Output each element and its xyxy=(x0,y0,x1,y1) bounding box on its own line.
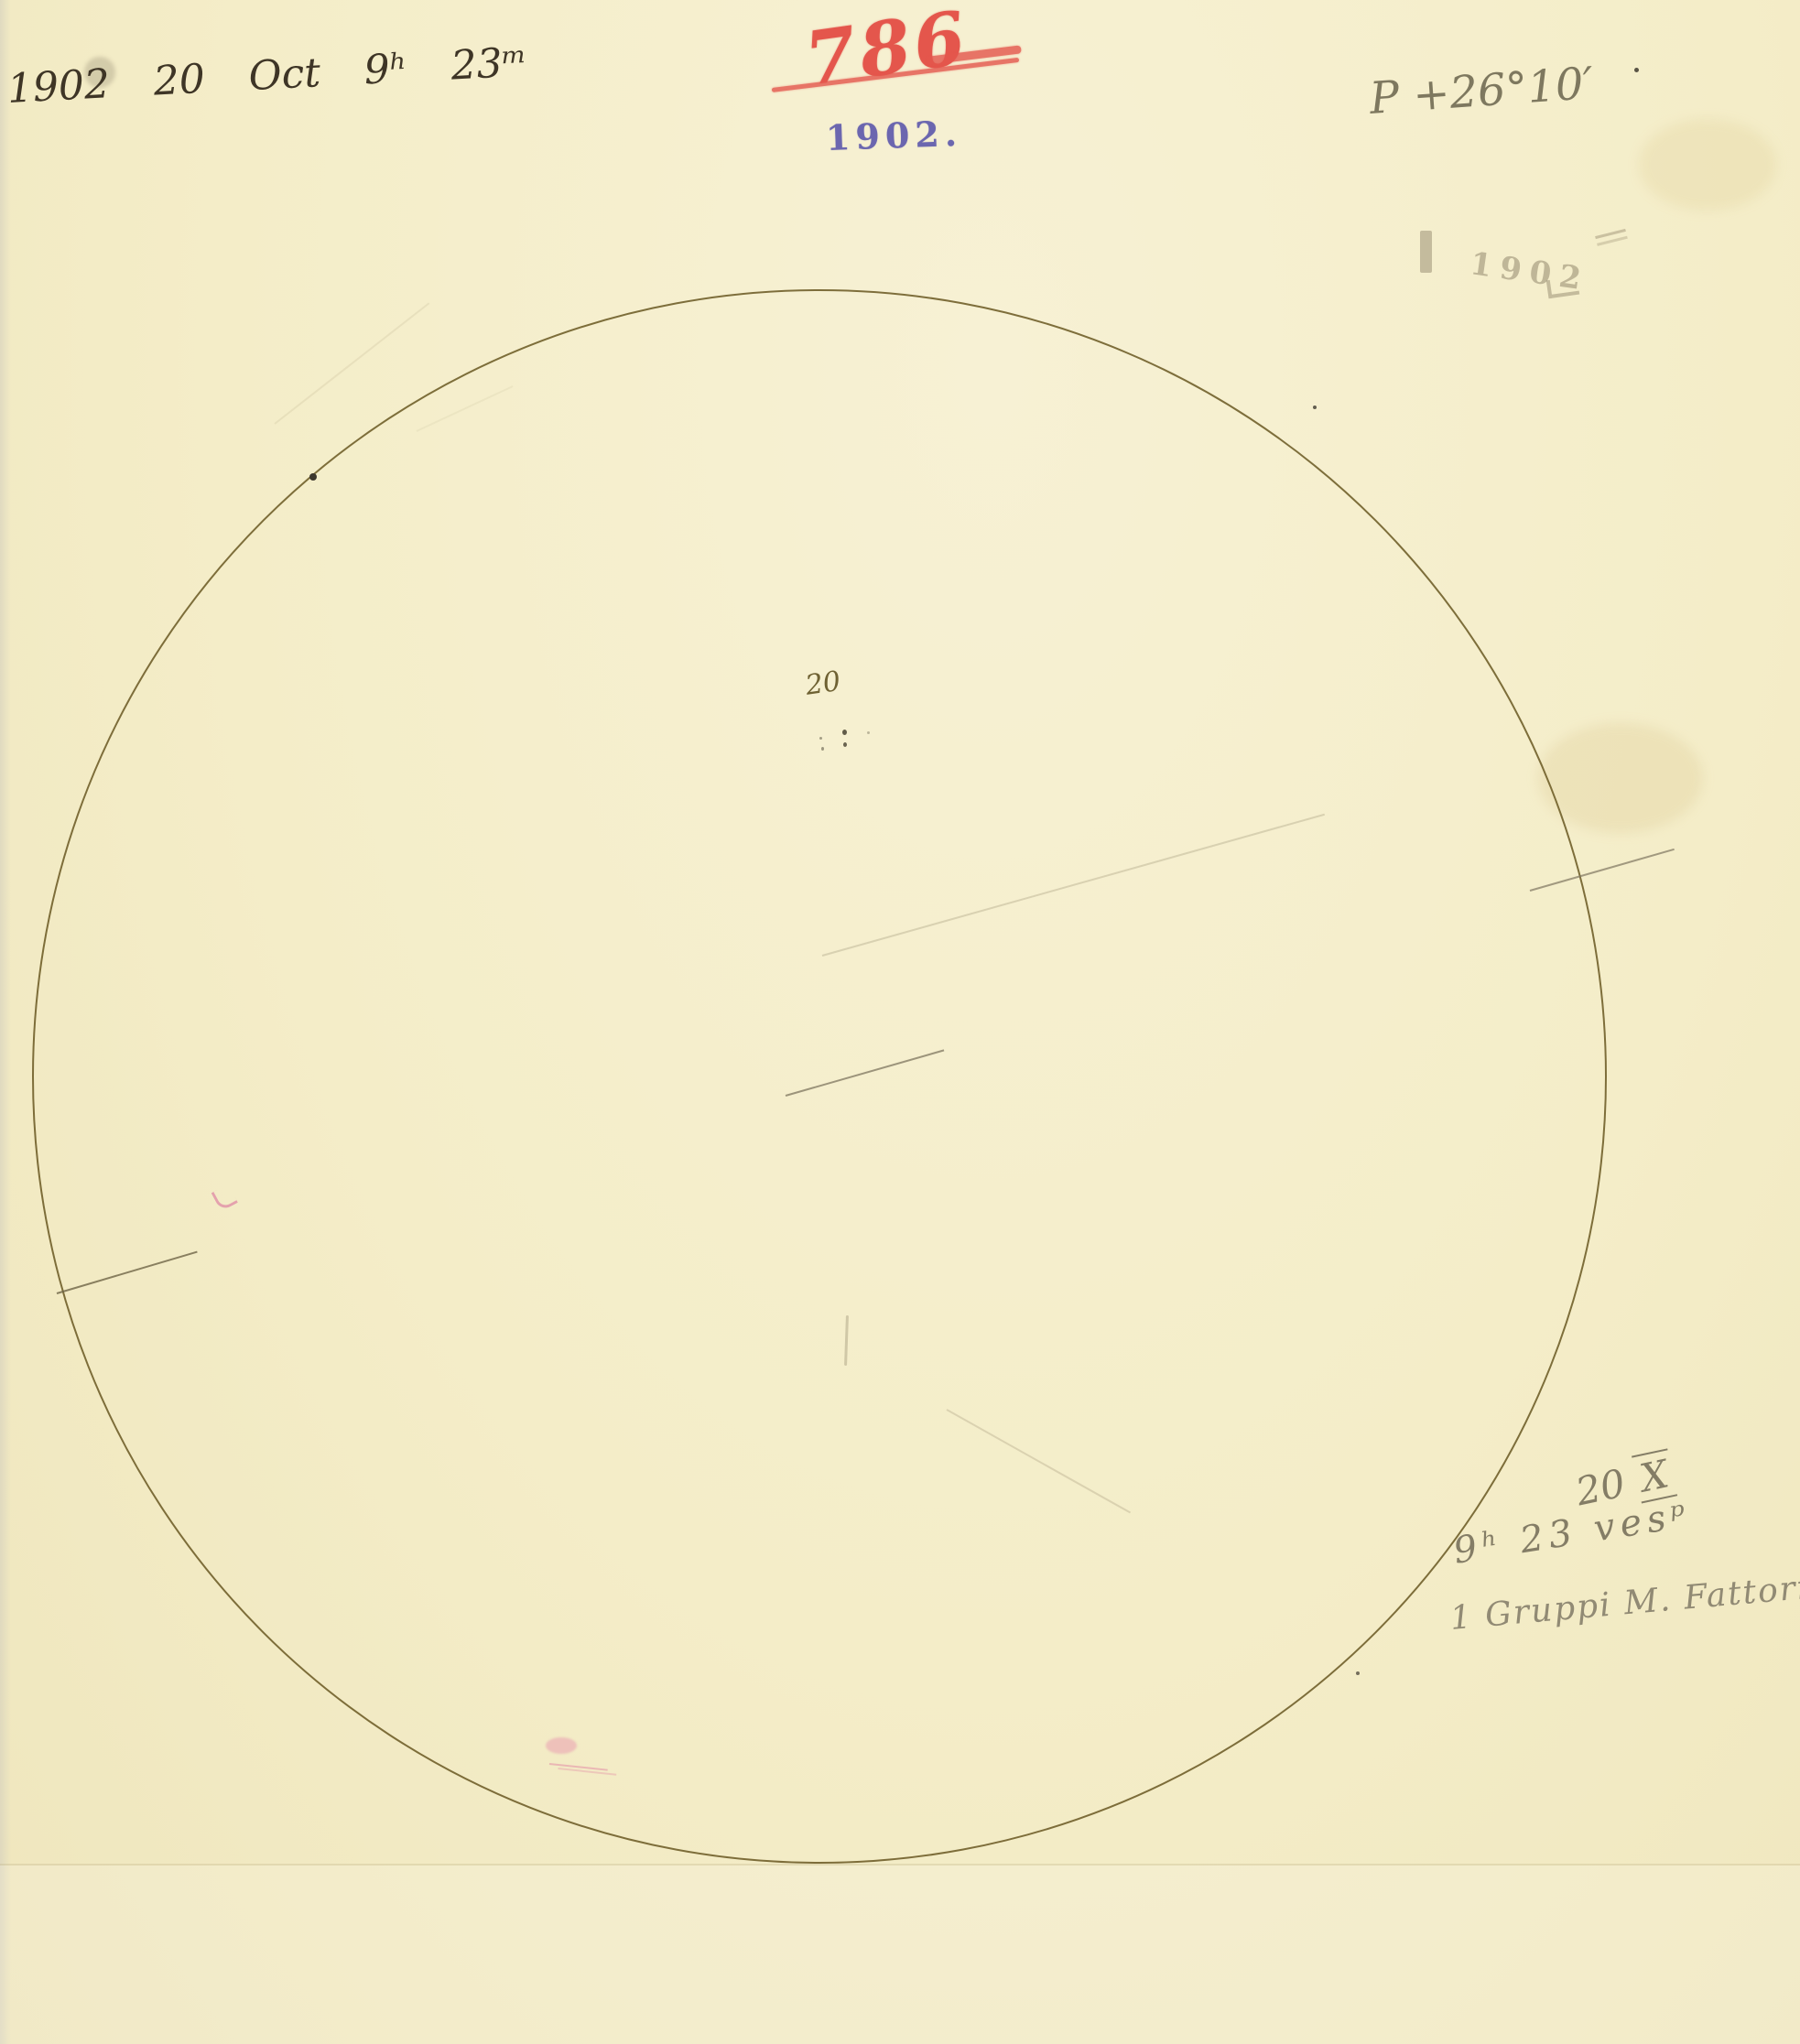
sunspot-dot xyxy=(821,747,824,751)
ink-speck xyxy=(1356,1671,1360,1675)
ink-speck xyxy=(1313,406,1317,409)
note-time: 9ʰ 23 vesᵖ xyxy=(1450,1493,1694,1572)
spot-group-label: 20 xyxy=(804,665,843,702)
note-groups: 1 Gruppi M. Fattori xyxy=(1448,1569,1800,1638)
stamp-edge-mark xyxy=(1420,231,1432,273)
paper-stain xyxy=(1639,119,1776,211)
date-header: 1902 20 Oct 9ʰ 23ᵐ xyxy=(6,38,528,113)
sunspot-dot xyxy=(867,731,870,734)
pink-smudge-mark xyxy=(546,1737,577,1754)
position-angle: P +26°10′ xyxy=(1368,58,1595,124)
ink-speck xyxy=(309,473,317,481)
pencil-scribble xyxy=(1595,229,1626,239)
solar-disk-circle xyxy=(32,289,1607,1864)
sunspot-dot xyxy=(819,737,822,740)
archive-number: 786 xyxy=(799,0,973,103)
sunspot-dot xyxy=(843,742,847,747)
year-stamp-blue: 1902. xyxy=(825,113,962,158)
scanned-sheet: 1902 20 Oct 9ʰ 23ᵐ 786 1902. P +26°10′ 1… xyxy=(0,0,1800,2044)
ink-speck xyxy=(1634,68,1639,72)
sunspot-dot xyxy=(842,730,847,735)
scan-left-edge xyxy=(0,0,11,2044)
backing-sheet xyxy=(0,1866,1800,2044)
